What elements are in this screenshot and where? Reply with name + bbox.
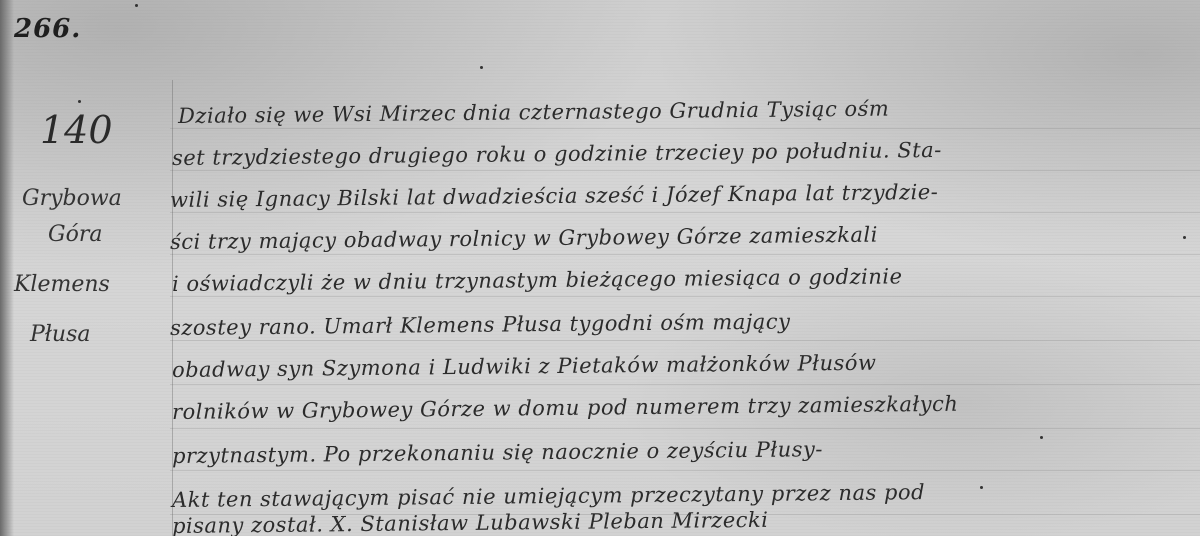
record-line-8: rolników w Grybowey Górze w domu pod num… xyxy=(172,392,959,424)
ruled-line xyxy=(170,254,1200,255)
record-line-9: przytnastym. Po przekonaniu się naocznie… xyxy=(172,437,823,468)
ruled-line xyxy=(170,212,1200,213)
paper-speck xyxy=(1183,236,1186,239)
record-line-5: i oświadczyli że w dniu trzynastym bieżą… xyxy=(172,264,903,296)
record-line-6: szostey rano. Umarł Klemens Płusa tygodn… xyxy=(170,310,791,340)
page-number: 266. xyxy=(14,14,81,44)
paper-speck xyxy=(1040,436,1043,439)
ruled-line xyxy=(170,428,1200,429)
record-line-7: obadway syn Szymona i Ludwiki z Pietaków… xyxy=(172,351,877,382)
paper-speck xyxy=(480,66,483,69)
record-line-10: Akt ten stawającym pisać nie umiejącym p… xyxy=(172,480,925,512)
record-line-11: pisany został. X. Stanisław Lubawski Ple… xyxy=(172,508,769,536)
margin-name-line2: Płusa xyxy=(30,322,91,347)
record-line-3: wili się Ignacy Bilski lat dwadzieścia s… xyxy=(170,180,939,212)
ruled-line xyxy=(170,296,1200,297)
record-line-2: set trzydziestego drugiego roku o godzin… xyxy=(172,138,942,170)
entry-number: 140 xyxy=(40,108,113,152)
page-binding-edge xyxy=(0,0,14,536)
ruled-line xyxy=(170,340,1200,341)
ruled-line xyxy=(170,128,1200,129)
margin-village-line2: Góra xyxy=(48,222,102,247)
paper-speck xyxy=(78,100,81,103)
margin-name-line1: Klemens xyxy=(14,272,110,297)
ruled-line xyxy=(170,384,1200,385)
paper-speck xyxy=(980,486,983,489)
record-line-4: ści trzy mający obadway rolnicy w Grybow… xyxy=(170,223,878,254)
document-page: 266. 140 Grybowa Góra Klemens Płusa Dzia… xyxy=(0,0,1200,536)
ruled-line xyxy=(170,470,1200,471)
ruled-line xyxy=(170,170,1200,171)
record-line-1: Działo się we Wsi Mirzec dnia czternaste… xyxy=(178,97,890,128)
paper-speck xyxy=(135,4,138,7)
margin-village-line1: Grybowa xyxy=(22,186,122,211)
